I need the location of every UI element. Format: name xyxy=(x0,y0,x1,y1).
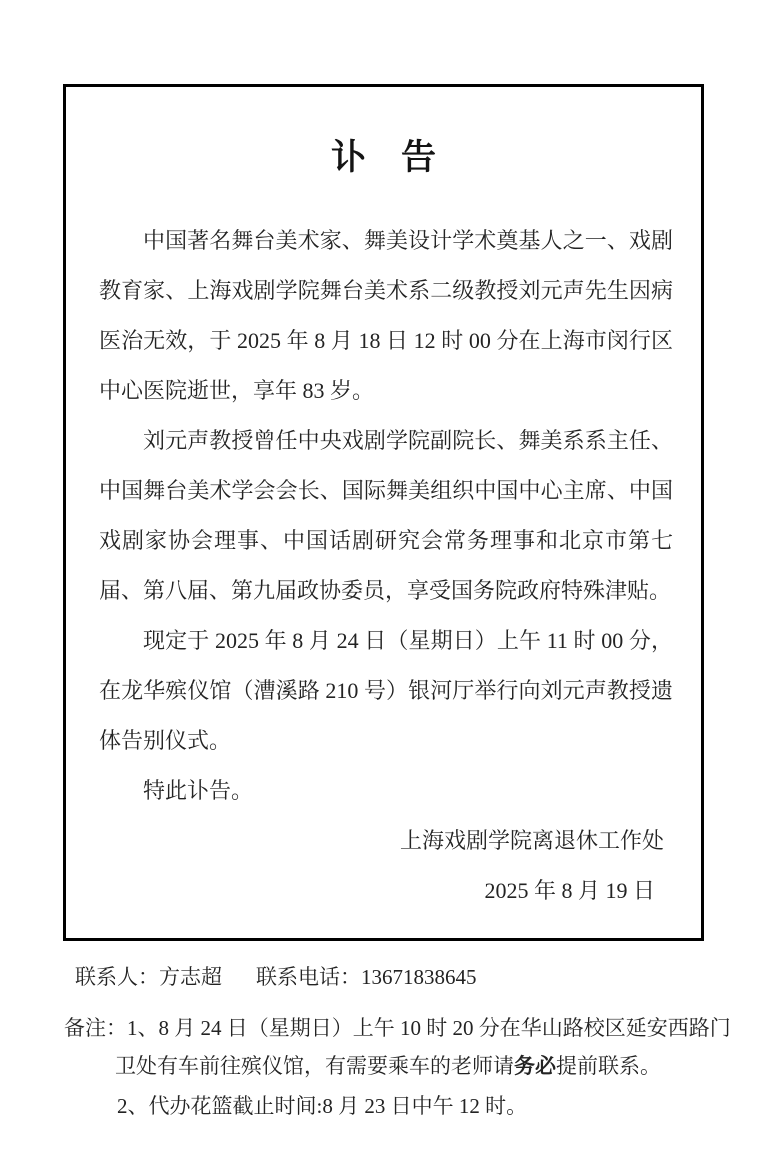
note-1-line-2-tail: 提前联系。 xyxy=(556,1054,661,1078)
footer-notes: 联系人：方志超联系电话：13671838645 备注：1、8 月 24 日（星期… xyxy=(0,964,764,1120)
phone-number: 13671838645 xyxy=(361,965,477,989)
note-2: 2、代办花篮截止时间:8 月 23 日中午 12 时。 xyxy=(117,1093,764,1120)
note-1-emphasis: 务必 xyxy=(514,1054,556,1078)
phone-label: 联系电话： xyxy=(256,965,361,989)
page-title: 讣 告 xyxy=(66,133,701,183)
notice-paragraph-closing: 特此讣告。 xyxy=(99,766,673,816)
contact-label: 联系人： xyxy=(75,965,159,989)
signature-date: 2025 年 8 月 19 日 xyxy=(66,866,701,916)
notice-border-box: 讣 告 中国著名舞台美术家、舞美设计学术奠基人之一、戏剧教育家、上海戏剧学院舞台… xyxy=(63,84,704,941)
notice-paragraph-death: 中国著名舞台美术家、舞美设计学术奠基人之一、戏剧教育家、上海戏剧学院舞台美术系二… xyxy=(99,216,673,416)
notice-body: 中国著名舞台美术家、舞美设计学术奠基人之一、戏剧教育家、上海戏剧学院舞台美术系二… xyxy=(99,216,673,816)
notice-paragraph-biography: 刘元声教授曾任中央戏剧学院副院长、舞美系系主任、中国舞台美术学会会长、国际舞美组… xyxy=(99,416,673,616)
signature-organization: 上海戏剧学院离退休工作处 xyxy=(66,816,701,866)
obituary-page: 讣 告 中国著名舞台美术家、舞美设计学术奠基人之一、戏剧教育家、上海戏剧学院舞台… xyxy=(0,0,764,1160)
contact-name: 方志超 xyxy=(159,965,222,989)
notice-paragraph-ceremony: 现定于 2025 年 8 月 24 日（星期日）上午 11 时 00 分，在龙华… xyxy=(99,616,673,766)
note-1-line-1: 备注：1、8 月 24 日（星期日）上午 10 时 20 分在华山路校区延安西路… xyxy=(64,1015,764,1042)
note-1-line-2-text: 卫处有车前往殡仪馆，有需要乘车的老师请 xyxy=(115,1054,514,1078)
note-1-line-2: 卫处有车前往殡仪馆，有需要乘车的老师请务必提前联系。 xyxy=(115,1053,764,1080)
contact-line: 联系人：方志超联系电话：13671838645 xyxy=(75,964,764,991)
